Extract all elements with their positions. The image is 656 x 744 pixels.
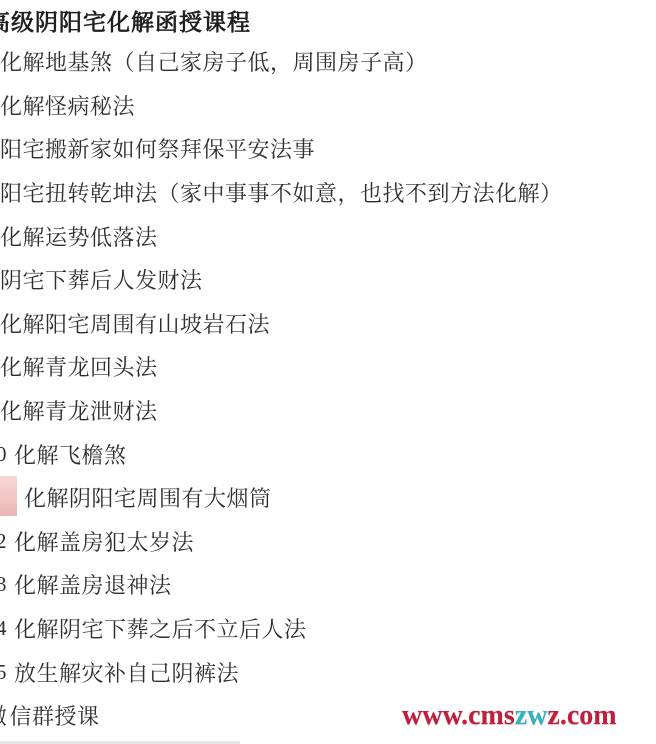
list-item: 化解青龙回头法	[0, 345, 656, 389]
course-list: 化解地基煞（自己家房子低，周围房子高） 化解怪病秘法 阳宅搬新家如何祭拜保平安法…	[0, 40, 656, 738]
item-text: 化解阴宅下葬之后不立后人法	[14, 613, 307, 644]
item-text: 化解阴阳宅周围有大烟筒	[24, 482, 272, 513]
item-number-partial: 0	[0, 442, 7, 467]
watermark-url: www.cmszwz.com	[402, 700, 617, 732]
watermark-segment: www.cms	[402, 700, 515, 731]
item-text: 阳宅搬新家如何祭拜保平安法事	[0, 133, 315, 164]
item-text: 阳宅扭转乾坤法（家中事事不如意，也找不到方法化解）	[0, 177, 563, 208]
item-text: 信群授课	[10, 700, 100, 731]
list-item-highlighted: 化解阴阳宅周围有大烟筒	[0, 476, 656, 520]
item-text: 化解地基煞（自己家房子低，周围房子高）	[0, 46, 428, 77]
item-text: 放生解灾补自己阴裤法	[14, 657, 239, 688]
item-text: 化解怪病秘法	[0, 90, 135, 121]
item-number-partial: 3	[0, 572, 7, 597]
item-text: 化解运势低落法	[0, 221, 158, 252]
title-text: 级阴阳宅化解函授课程	[11, 10, 251, 35]
list-item: 阴宅下葬后人发财法	[0, 258, 656, 302]
item-text: 化解青龙回头法	[0, 351, 158, 382]
list-item: 2 化解盖房犯太岁法	[0, 520, 656, 564]
watermark-segment: z.com	[547, 700, 616, 731]
watermark-segment: zw	[515, 700, 548, 731]
pink-highlight-mark	[0, 476, 17, 516]
list-item: 0 化解飞檐煞	[0, 432, 656, 476]
list-item: 化解怪病秘法	[0, 84, 656, 128]
item-text: 化解飞檐煞	[14, 439, 127, 470]
item-text: 化解盖房退神法	[14, 569, 172, 600]
item-number-partial: 2	[0, 529, 7, 554]
item-text: 阴宅下葬后人发财法	[0, 264, 203, 295]
list-item: 阳宅扭转乾坤法（家中事事不如意，也找不到方法化解）	[0, 171, 656, 215]
list-item: 阳宅搬新家如何祭拜保平安法事	[0, 127, 656, 171]
item-text: 化解阳宅周围有山坡岩石法	[0, 308, 270, 339]
list-item: 化解地基煞（自己家房子低，周围房子高）	[0, 40, 656, 84]
list-item: 化解运势低落法	[0, 214, 656, 258]
item-text: 化解青龙泄财法	[0, 395, 158, 426]
page-title: 高级阴阳宅化解函授课程	[0, 4, 251, 37]
list-item: 3 化解盖房退神法	[0, 563, 656, 607]
list-item: 5 放生解灾补自己阴裤法	[0, 650, 656, 694]
item-partial-char: 微	[0, 700, 8, 731]
item-number-partial: 5	[0, 660, 7, 685]
list-item: 化解阳宅周围有山坡岩石法	[0, 302, 656, 346]
list-item: 化解青龙泄财法	[0, 389, 656, 433]
list-item: 4 化解阴宅下葬之后不立后人法	[0, 607, 656, 651]
document-page: 高级阴阳宅化解函授课程 化解地基煞（自己家房子低，周围房子高） 化解怪病秘法 阳…	[0, 0, 656, 744]
item-text: 化解盖房犯太岁法	[14, 526, 194, 557]
item-number-partial: 4	[0, 616, 7, 641]
title-partial-char: 高	[0, 4, 11, 37]
